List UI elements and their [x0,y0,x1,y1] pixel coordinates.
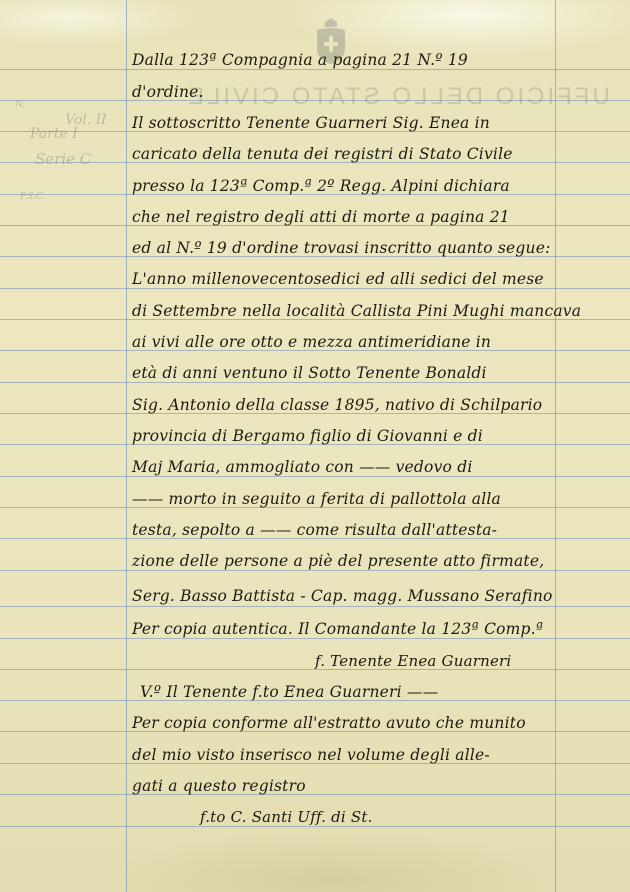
visto-line: V.º Il Tenente f.to Enea Guarneri —— [140,683,438,701]
margin-note: Serie C [35,150,91,168]
text-line: che nel registro degli atti di morte a p… [132,208,510,226]
ruled-line [0,826,630,827]
ruled-line [0,288,630,289]
closing-line: gati a questo registro [132,777,306,795]
ruled-line [0,606,630,607]
left-margin-line [126,0,127,892]
ruled-line [0,476,630,477]
text-line: presso la 123ª Comp.ª 2º Regg. Alpini di… [132,177,510,195]
text-line: —— morto in seguito a ferita di pallotto… [132,490,501,508]
ruled-line [0,638,630,639]
ruled-line [0,69,630,70]
margin-note: N. [15,100,25,110]
text-line: ai vivi alle ore otto e mezza antimeridi… [132,333,491,351]
margin-note: Parte I [30,126,78,142]
text-line: L'anno millenovecentosedici ed alli sedi… [132,270,544,288]
text-line: Per copia autentica. Il Comandante la 12… [132,620,543,638]
text-line: Maj Maria, ammogliato con —— vedovo di [132,458,472,476]
margin-note: P.S.C. [20,192,45,202]
right-margin-line [555,0,556,892]
text-line: caricato della tenuta dei registri di St… [132,145,513,163]
text-line: Sig. Antonio della classe 1895, nativo d… [132,396,542,414]
signature-guarneri: f. Tenente Enea Guarneri [315,652,511,670]
text-line: ed al N.º 19 d'ordine trovasi inscritto … [132,239,551,257]
closing-line: del mio visto inserisco nel volume degli… [132,746,490,764]
text-line: provincia di Bergamo figlio di Giovanni … [132,427,483,445]
text-line: testa, sepolto a —— come risulta dall'at… [132,521,497,539]
text-line: età di anni ventuno il Sotto Tenente Bon… [132,364,487,382]
text-line: d'ordine. [132,83,204,101]
text-line: di Settembre nella località Callista Pin… [132,302,581,320]
text-line: zione delle persone a piè del presente a… [132,552,544,570]
text-line: Il sottoscritto Tenente Guarneri Sig. En… [132,114,490,132]
text-line: Dalla 123ª Compagnia a pagina 21 N.º 19 [132,51,468,69]
ruled-line [0,570,630,571]
text-line: Serg. Basso Battista - Cap. magg. Mussan… [132,587,553,605]
stamp-bleed-through: UFFICIO DELLO STATO CIVILE [185,83,610,111]
signature-santi: f.to C. Santi Uff. di St. [200,808,373,826]
ruled-line [0,794,630,795]
ruled-line [0,382,630,383]
closing-line: Per copia conforme all'estratto avuto ch… [132,714,526,732]
